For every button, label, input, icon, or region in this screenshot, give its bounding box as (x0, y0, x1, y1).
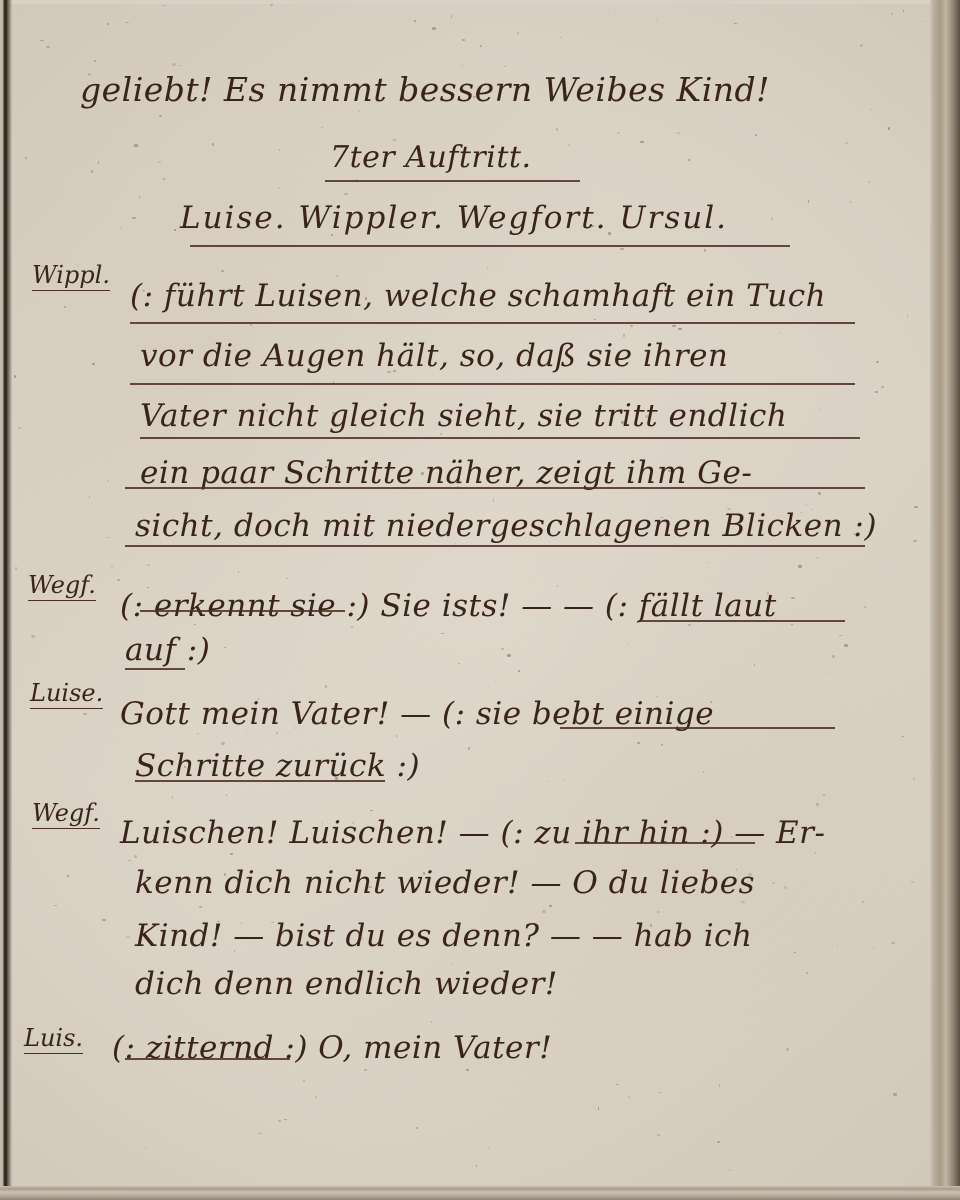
dialogue-line: Vater nicht gleich sieht, sie tritt endl… (140, 398, 787, 434)
paper-speck (102, 919, 106, 921)
paper-speck (862, 901, 864, 903)
dialogue-line: vor die Augen hält, so, daß sie ihren (140, 338, 728, 374)
paper-speck (893, 1093, 897, 1095)
paper-speck (818, 492, 820, 494)
paper-speck (608, 13, 609, 14)
paper-speck (431, 1021, 432, 1023)
paper-speck (64, 306, 66, 308)
paper-speck (487, 267, 488, 270)
dialogue-line: ein paar Schritte näher, zeigt ihm Ge- (140, 455, 752, 491)
paper-speck (546, 781, 548, 782)
paper-speck (139, 196, 140, 198)
paper-speck (791, 597, 794, 599)
paper-speck (396, 735, 398, 737)
paper-speck (672, 325, 676, 327)
right-page-edge (930, 0, 960, 1200)
paper-speck (197, 733, 198, 735)
paper-speck (336, 275, 338, 278)
paper-speck (212, 143, 214, 146)
dialogue-line: kenn dich nicht wieder! — O du liebes (135, 865, 755, 901)
paper-speck (145, 1147, 146, 1150)
paper-speck (556, 128, 557, 131)
stage-direction-underline (130, 383, 855, 385)
left-binding-edge (0, 0, 12, 1200)
paper-speck (817, 557, 819, 559)
paper-speck (370, 810, 373, 812)
paper-speck (278, 187, 279, 189)
paper-speck (518, 670, 519, 672)
paper-speck (703, 771, 704, 772)
paper-speck (224, 647, 226, 648)
paper-speck (873, 947, 875, 948)
paper-speck (94, 60, 96, 62)
paper-speck (174, 229, 176, 232)
paper-speck (476, 1165, 477, 1167)
paper-speck (92, 363, 94, 365)
paper-speck (913, 778, 914, 780)
paper-speck (875, 391, 878, 393)
paper-speck (656, 20, 658, 21)
paper-speck (688, 159, 690, 162)
paper-speck (542, 910, 546, 913)
paper-speck (462, 39, 465, 41)
paper-speck (864, 606, 867, 609)
dialogue-line: (: zitternd :) O, mein Vater! (112, 1030, 552, 1066)
paper-speck (230, 853, 233, 855)
paper-speck (125, 22, 128, 23)
paper-speck (661, 744, 663, 747)
paper-speck (172, 796, 174, 799)
paper-speck (286, 578, 288, 579)
paper-speck (816, 803, 819, 806)
paper-speck (914, 506, 918, 508)
paper-speck (67, 875, 69, 877)
paper-speck (517, 32, 519, 34)
opening-line: geliebt! Es nimmt bessern Weibes Kind! (80, 70, 770, 109)
paper-speck (163, 178, 165, 180)
paper-speck (15, 567, 17, 569)
paper-speck (134, 144, 138, 147)
dialogue-line: sicht, doch mit niedergeschlagenen Blick… (135, 508, 877, 544)
paper-speck (741, 901, 744, 903)
paper-speck (364, 1069, 367, 1072)
paper-speck (845, 142, 848, 144)
paper-speck (921, 21, 922, 22)
dialogue-line: Schritte zurück :) (135, 748, 420, 784)
paper-speck (194, 624, 196, 625)
paper-speck (83, 713, 87, 716)
manuscript-page-frame: geliebt! Es nimmt bessern Weibes Kind! 7… (0, 0, 960, 1200)
paper-speck (303, 1080, 305, 1082)
paper-speck (719, 1084, 720, 1087)
paper-speck (107, 23, 109, 26)
stage-direction-underline (125, 1058, 290, 1060)
paper-speck (734, 23, 737, 25)
paper-speck (120, 227, 122, 228)
paper-speck (279, 149, 280, 150)
paper-speck (891, 13, 893, 15)
stage-direction-underline (140, 437, 860, 439)
paper-speck (432, 27, 436, 30)
scene-heading: 7ter Auftritt. (330, 140, 532, 175)
stage-direction-underline (560, 727, 835, 729)
paper-speck (771, 217, 773, 220)
paper-speck (717, 1141, 720, 1143)
paper-speck (246, 732, 247, 733)
paper-speck (358, 110, 361, 111)
paper-speck (111, 566, 113, 567)
paper-speck (441, 633, 444, 634)
dialogue-line: Kind! — bist du es denn? — — hab ich (135, 918, 753, 954)
paper-speck (791, 624, 794, 625)
paper-speck (414, 20, 415, 22)
paper-speck (106, 537, 109, 538)
dialogue-line: (: erkennt sie :) Sie ists! — — (: fällt… (120, 588, 777, 624)
paper-speck (806, 972, 808, 975)
paper-speck (913, 540, 917, 542)
paper-speck (507, 654, 511, 656)
paper-speck (54, 905, 56, 906)
character-list: Luise. Wippler. Wegfort. Ursul. (180, 200, 728, 236)
paper-speck (881, 386, 883, 388)
paper-speck (98, 161, 99, 163)
paper-speck (221, 270, 223, 273)
paper-speck (839, 635, 843, 637)
paper-speck (637, 742, 640, 744)
paper-speck (616, 1084, 617, 1085)
paper-speck (493, 499, 494, 502)
paper-speck (504, 66, 506, 67)
stage-direction-underline (575, 842, 755, 844)
paper-speck (18, 427, 21, 429)
paper-speck (351, 626, 353, 628)
paper-speck (458, 663, 459, 664)
paper-speck (860, 44, 863, 47)
paper-speck (623, 334, 625, 337)
paper-speck (798, 565, 801, 567)
paper-speck (658, 1092, 660, 1093)
paper-speck (46, 46, 50, 48)
paper-speck (284, 1119, 287, 1120)
paper-speck (902, 736, 904, 737)
paper-speck (325, 685, 327, 688)
speaker-label: Wippl. (32, 262, 110, 291)
paper-speck (806, 503, 807, 506)
paper-speck (31, 635, 34, 638)
paper-speck (488, 686, 489, 688)
paper-speck (876, 361, 880, 363)
paper-speck (704, 249, 706, 251)
paper-speck (911, 881, 915, 883)
stage-direction-underline (130, 322, 855, 324)
paper-speck (466, 1069, 469, 1071)
paper-speck (794, 952, 795, 953)
paper-speck (557, 585, 558, 587)
paper-speck (132, 217, 135, 220)
paper-speck (451, 15, 453, 18)
paper-speck (628, 1096, 630, 1099)
paper-speck (903, 10, 904, 12)
dialogue-line: dich denn endlich wieder! (135, 966, 558, 1002)
paper-speck (147, 564, 150, 566)
paper-speck (598, 1107, 599, 1109)
paper-speck (134, 855, 137, 858)
paper-speck (826, 672, 827, 673)
paper-speck (117, 579, 120, 581)
paper-speck (321, 127, 324, 128)
scene-heading-underline (325, 180, 580, 182)
paper-speck (729, 1169, 730, 1171)
paper-speck (238, 571, 239, 572)
paper-speck (617, 132, 621, 135)
paper-speck (594, 319, 596, 320)
paper-speck (564, 780, 565, 782)
paper-speck (850, 201, 852, 203)
paper-speck (568, 144, 570, 146)
paper-speck (126, 936, 130, 938)
paper-speck (172, 63, 176, 66)
paper-speck (178, 65, 182, 66)
paper-speck (221, 742, 225, 745)
speaker-label: Luis. (24, 1025, 83, 1054)
paper-speck (620, 248, 624, 250)
paper-speck (462, 65, 464, 67)
paper-speck (162, 5, 165, 6)
paper-speck (89, 496, 90, 498)
paper-speck (549, 905, 552, 908)
paper-speck (480, 45, 482, 46)
paper-speck (870, 109, 872, 110)
paper-speck (488, 1147, 490, 1148)
paper-speck (278, 1120, 281, 1121)
paper-speck (259, 1133, 261, 1134)
paper-speck (468, 747, 469, 750)
paper-speck (754, 664, 756, 667)
paper-speck (815, 852, 816, 854)
paper-speck (226, 794, 227, 796)
paper-speck (276, 732, 279, 734)
character-list-underline (190, 245, 790, 247)
paper-speck (832, 655, 835, 658)
paper-speck (158, 161, 161, 163)
paper-speck (451, 963, 453, 964)
paper-speck (708, 562, 711, 563)
paper-speck (40, 40, 44, 41)
paper-speck (315, 1096, 317, 1099)
paper-speck (14, 375, 16, 378)
speaker-label: Luise. (30, 680, 103, 709)
paper-speck (25, 157, 27, 159)
paper-speck (416, 1127, 418, 1129)
speaker-label: Wegf. (32, 800, 100, 829)
paper-speck (837, 945, 838, 947)
stage-direction-underline (640, 620, 845, 622)
paper-speck (107, 480, 109, 482)
paper-speck (786, 1048, 789, 1051)
paper-speck (146, 391, 147, 393)
paper-speck (891, 942, 895, 943)
paper-speck (888, 127, 890, 130)
paper-speck (270, 4, 272, 6)
paper-speck (199, 906, 202, 908)
paper-speck (559, 37, 562, 38)
paper-speck (657, 1134, 660, 1136)
paper-speck (630, 325, 633, 328)
paper-speck (780, 332, 781, 334)
stage-direction-underline (125, 487, 865, 489)
paper-speck (678, 328, 682, 330)
paper-speck (784, 886, 787, 889)
paper-speck (128, 860, 132, 861)
paper-speck (628, 643, 630, 644)
paper-speck (772, 882, 775, 884)
speaker-label: Wegf. (28, 572, 96, 601)
paper-speck (808, 200, 809, 203)
stage-direction-underline (140, 610, 345, 612)
dialogue-line: auf :) (125, 632, 210, 668)
paper-speck (844, 644, 848, 646)
stage-direction-underline (125, 668, 185, 670)
paper-speck (657, 911, 660, 913)
paper-speck (91, 170, 93, 173)
paper-speck (677, 132, 680, 135)
paper-speck (823, 794, 825, 796)
paper-speck (820, 409, 822, 410)
paper-speck (907, 315, 908, 318)
paper-speck (640, 141, 643, 143)
paper-speck (868, 181, 870, 182)
paper-speck (501, 648, 505, 650)
paper-speck (755, 134, 757, 135)
bottom-page-edge (0, 1186, 960, 1200)
dialogue-line: Luischen! Luischen! — (: zu ihr hin :) —… (120, 815, 825, 851)
paper-speck (344, 193, 348, 195)
dialogue-line: (: führt Luisen, welche schamhaft ein Tu… (130, 278, 826, 314)
paper-speck (159, 115, 162, 117)
stage-direction-underline (135, 780, 385, 782)
stage-direction-underline (125, 545, 865, 547)
